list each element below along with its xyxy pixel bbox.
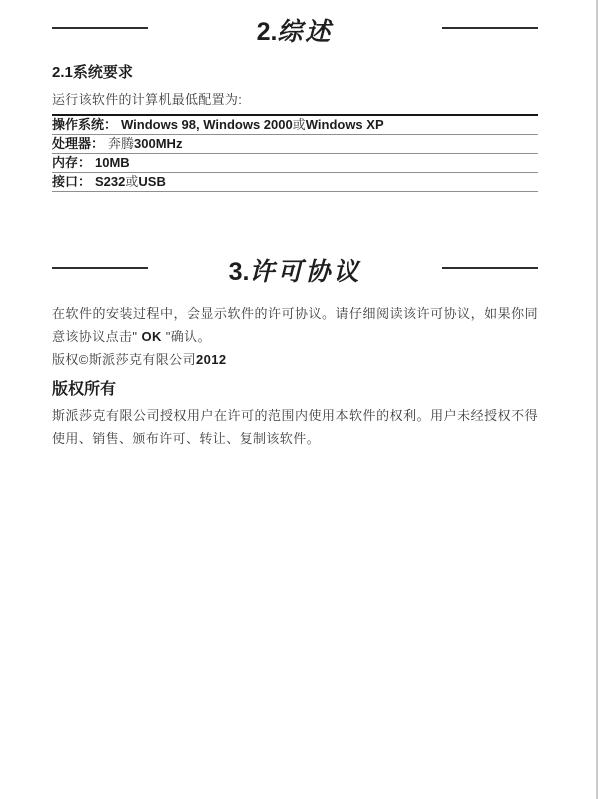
row-value-part: Windows 98, Windows 2000 xyxy=(121,117,293,132)
table-row: 处理器：奔腾300MHz xyxy=(52,135,538,154)
license-paragraph: 在软件的安装过程中，会显示软件的许可协议。请仔细阅读该许可协议，如果你同意该协议… xyxy=(52,302,538,348)
table-row: 操作系统：Windows 98, Windows 2000或Windows XP xyxy=(52,116,538,135)
rights-paragraph: 斯派莎克有限公司授权用户在许可的范围内使用本软件的权利。用户未经授权不得使用、销… xyxy=(52,404,538,450)
license-text-part: 在软件的安装过程中，会显示软件的许可协议。请仔细阅读该许可协议，如果你同意该协议… xyxy=(52,306,538,344)
subsection-heading: 2.1系统要求 xyxy=(52,61,538,82)
row-value-part: Windows XP xyxy=(306,117,384,132)
title-rule-right xyxy=(442,27,538,29)
section-name: 许可协议 xyxy=(249,258,361,286)
title-rule-left xyxy=(52,267,148,269)
row-label: 内存： xyxy=(52,155,91,170)
section-number: 2. xyxy=(257,18,278,46)
title-rule-left xyxy=(52,27,148,29)
section-number: 3. xyxy=(229,258,250,286)
row-value-part: 或 xyxy=(125,174,138,189)
document-page: 2.综述 2.1系统要求 运行该软件的计算机最低配置为: 操作系统：Window… xyxy=(52,0,538,450)
copyright-year: 2012 xyxy=(196,352,227,367)
requirements-intro: 运行该软件的计算机最低配置为: xyxy=(52,89,538,108)
table-row: 内存：10MB xyxy=(52,154,538,173)
section-license-title: 3.许可协议 xyxy=(52,252,538,288)
page-edge-line xyxy=(596,0,598,799)
rights-heading: 版权所有 xyxy=(52,376,538,399)
row-value-part: USB xyxy=(138,174,165,189)
title-rule-right xyxy=(442,267,538,269)
section-name: 综述 xyxy=(277,18,333,46)
section-overview-heading: 2.综述 xyxy=(148,12,442,48)
section-license-heading: 3.许可协议 xyxy=(148,252,442,288)
section-overview-title: 2.综述 xyxy=(52,0,538,48)
row-value-part: S232 xyxy=(95,174,125,189)
copyright-line: 版权©斯派莎克有限公司2012 xyxy=(52,348,538,371)
row-label: 操作系统： xyxy=(52,117,117,132)
row-value-part: 300MHz xyxy=(134,136,182,151)
row-value-part: 或 xyxy=(293,117,306,132)
row-value-part: 奔腾 xyxy=(108,136,134,151)
license-text-part: "确认。 xyxy=(162,329,211,344)
ok-button-label: OK xyxy=(141,329,161,344)
requirements-table: 操作系统：Windows 98, Windows 2000或Windows XP… xyxy=(52,114,538,192)
row-label: 处理器： xyxy=(52,136,104,151)
row-value-part: 10MB xyxy=(95,155,130,170)
copyright-text: 版权©斯派莎克有限公司 xyxy=(52,352,196,367)
table-row: 接口：S232或USB xyxy=(52,173,538,192)
row-label: 接口： xyxy=(52,174,91,189)
